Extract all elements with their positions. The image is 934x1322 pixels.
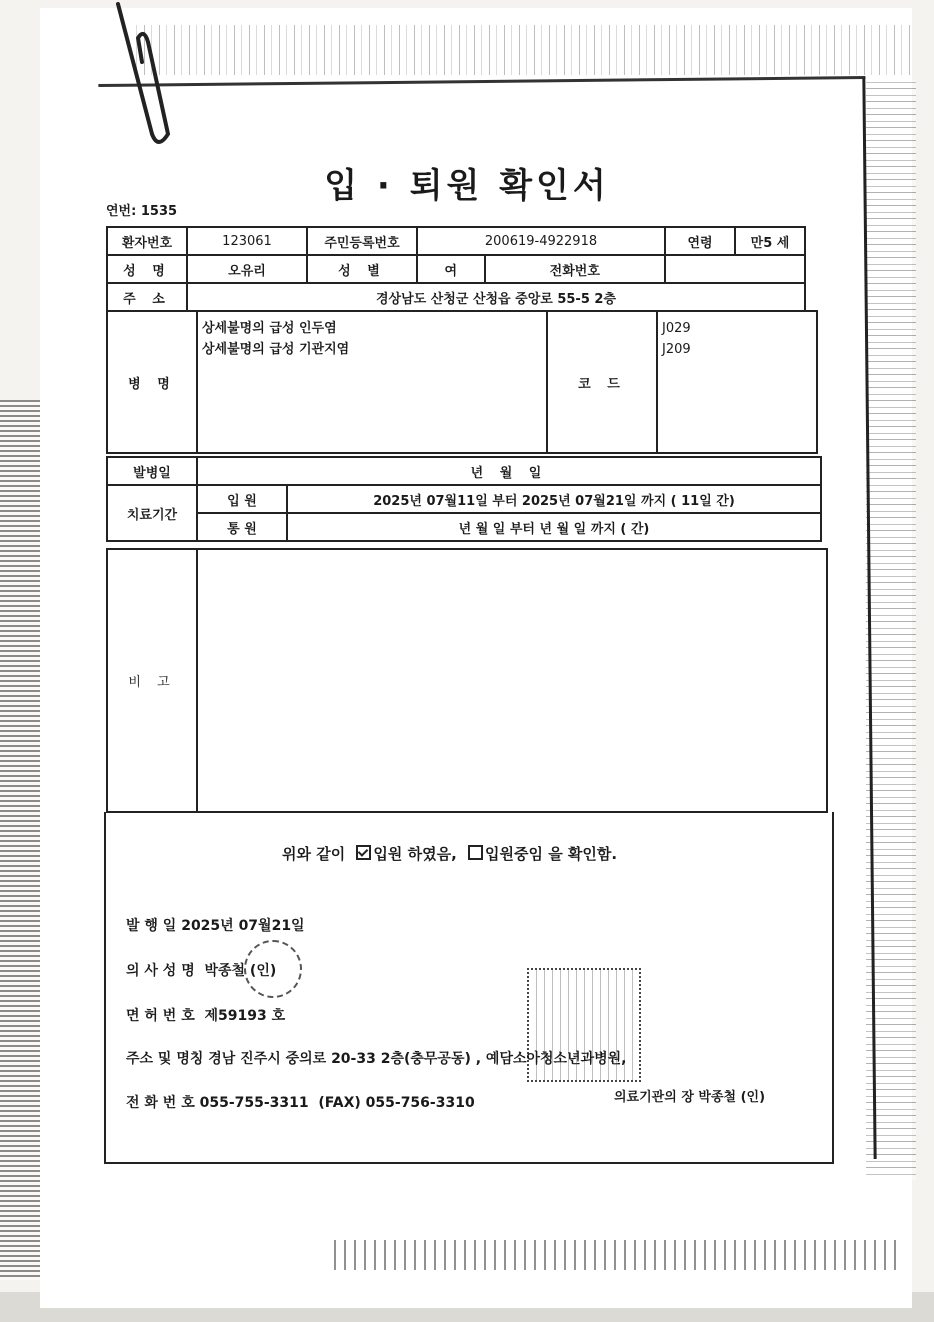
diagnosis-list: 상세불명의 급성 인두염 상세불명의 급성 기관지염 [197, 311, 547, 453]
sex-label: 성 별 [307, 255, 417, 283]
unchecked-checkbox-icon[interactable] [468, 845, 483, 860]
option-admitted: 입원 하였음, [373, 845, 456, 863]
scan-noise-left [0, 400, 40, 1280]
onset-value: 년 월 일 [197, 457, 821, 485]
table-row: 발병일 년 월 일 [107, 457, 821, 485]
license-label: 면 허 번 호 [126, 1008, 195, 1024]
outpatient-value: 년 월 일 부터 년 월 일 까지 ( 간) [287, 513, 821, 541]
patient-info-table: 환자번호 123061 주민등록번호 200619-4922918 연령 만5 … [106, 226, 806, 312]
paperclip-icon [112, 2, 172, 147]
license-value: 제59193 호 [204, 1008, 285, 1024]
issue-date-value: 2025년 07월21일 [181, 918, 304, 934]
license-line: 면 허 번 호 제59193 호 [126, 1005, 285, 1025]
diagnosis-item: 상세불명의 급성 인두염 [202, 318, 542, 339]
hospital-address-value: 경남 진주시 중의로 20-33 2층(충무공동) , 예담소아청소년과병원, [208, 1051, 626, 1067]
scan-noise-top [130, 25, 910, 75]
remarks-value [197, 549, 827, 812]
age-value: 만5 세 [735, 227, 805, 255]
table-row: 주 소 경상남도 산청군 산청읍 중앙로 55-5 2층 [107, 283, 805, 311]
rrn-value: 200619-4922918 [417, 227, 665, 255]
address-value: 경상남도 산청군 산청읍 중앙로 55-5 2층 [187, 283, 805, 311]
head-label: 의료기관의 장 [614, 1090, 694, 1105]
phone-value [665, 255, 805, 283]
hospital-phone-value: 055-755-3311 [200, 1095, 309, 1111]
period-table: 발병일 년 월 일 치료기간 입 원 2025년 07월11일 부터 2025년… [106, 456, 822, 542]
issue-date-line: 발 행 일 2025년 07월21일 [126, 915, 305, 935]
fax-label: (FAX) [318, 1095, 360, 1111]
institution-head-signature: 의료기관의 장 박종철 (인) [614, 1086, 765, 1105]
name-label: 성 명 [107, 255, 187, 283]
fax-value: 055-756-3310 [366, 1095, 475, 1111]
confirmation-prefix: 위와 같이 [282, 845, 345, 863]
serial-label: 연번: [106, 204, 136, 219]
code-item: J029 [662, 318, 812, 339]
table-row: 비 고 [107, 549, 827, 812]
code-list: J029 J209 [657, 311, 817, 453]
doctor-seal-stamp [244, 940, 302, 998]
outpatient-label: 통 원 [197, 513, 287, 541]
table-row: 병 명 상세불명의 급성 인두염 상세불명의 급성 기관지염 코 드 J029 … [107, 311, 817, 453]
remarks-label: 비 고 [107, 549, 197, 812]
serial-number: 연번: 1535 [106, 200, 177, 219]
treatment-label: 치료기간 [107, 485, 197, 541]
diagnosis-item: 상세불명의 급성 기관지염 [202, 339, 542, 360]
patient-no-label: 환자번호 [107, 227, 187, 255]
rrn-label: 주민등록번호 [307, 227, 417, 255]
confirmation-statement: 위와 같이 입원 하였음, 입원중임 을 확인함. [282, 843, 617, 864]
issue-date-label: 발 행 일 [126, 918, 176, 934]
scan-noise-bottom [330, 1240, 904, 1270]
hospital-phone-line: 전 화 번 호 055-755-3311 (FAX) 055-756-3310 [126, 1092, 475, 1112]
serial-value: 1535 [141, 204, 177, 219]
code-label: 코 드 [547, 311, 657, 453]
phone-label: 전화번호 [485, 255, 665, 283]
inpatient-label: 입 원 [197, 485, 287, 513]
table-row: 통 원 년 월 일 부터 년 월 일 까지 ( 간) [107, 513, 821, 541]
address-label: 주 소 [107, 283, 187, 311]
head-name: 박종철 (인) [698, 1090, 765, 1105]
diagnosis-label: 병 명 [107, 311, 197, 453]
hospital-address-line: 주소 및 명칭 경남 진주시 중의로 20-33 2층(충무공동) , 예담소아… [126, 1048, 627, 1068]
table-row: 성 명 오유리 성 별 여 전화번호 [107, 255, 805, 283]
remarks-table: 비 고 [106, 548, 828, 813]
table-row: 환자번호 123061 주민등록번호 200619-4922918 연령 만5 … [107, 227, 805, 255]
table-row: 치료기간 입 원 2025년 07월11일 부터 2025년 07월21일 까지… [107, 485, 821, 513]
hospital-address-label: 주소 및 명칭 [126, 1051, 203, 1067]
code-item: J209 [662, 339, 812, 360]
hospital-phone-label: 전 화 번 호 [126, 1095, 195, 1111]
patient-no-value: 123061 [187, 227, 307, 255]
diagnosis-table: 병 명 상세불명의 급성 인두염 상세불명의 급성 기관지염 코 드 J029 … [106, 310, 818, 454]
age-label: 연령 [665, 227, 735, 255]
onset-label: 발병일 [107, 457, 197, 485]
doctor-label: 의 사 성 명 [126, 963, 195, 979]
checked-checkbox-icon[interactable] [356, 845, 371, 860]
sex-value: 여 [417, 255, 485, 283]
inpatient-value: 2025년 07월11일 부터 2025년 07월21일 까지 ( 11일 간) [287, 485, 821, 513]
name-value: 오유리 [187, 255, 307, 283]
option-inpatient: 입원중임 을 확인함. [485, 845, 617, 863]
